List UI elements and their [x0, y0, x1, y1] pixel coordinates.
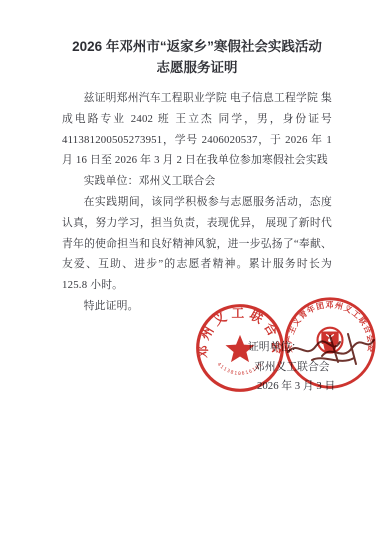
- title-line-2: 志愿服务证明: [62, 57, 332, 78]
- paragraph-evaluation: 在实践期间，该同学积极参与志愿服务活动，态度认真，努力学习，担当负责，表现优异，…: [62, 192, 332, 296]
- star-icon: [226, 335, 255, 362]
- certificate-body: 兹证明郑州汽车工程职业学院 电子信息工程学院 集成电路专业 2402 班 王立杰…: [62, 88, 332, 317]
- certificate-page: 2026 年邓州市“返家乡”寒假社会实践活动 志愿服务证明 兹证明郑州汽车工程职…: [0, 0, 379, 538]
- handwritten-signature: [282, 322, 378, 374]
- seal-code-text: 4113810616105: [216, 362, 264, 377]
- title-line-1: 2026 年邓州市“返家乡”寒假社会实践活动: [72, 39, 322, 54]
- certificate-content: 2026 年邓州市“返家乡”寒假社会实践活动 志愿服务证明 兹证明郑州汽车工程职…: [62, 36, 332, 317]
- paragraph-student-info: 兹证明郑州汽车工程职业学院 电子信息工程学院 集成电路专业 2402 班 王立杰…: [62, 88, 332, 171]
- document-title: 2026 年邓州市“返家乡”寒假社会实践活动 志愿服务证明: [62, 36, 332, 78]
- practice-unit-line: 实践单位：邓州义工联合会: [62, 171, 332, 192]
- left-official-seal: 邓州义工联合会 4113810616105: [193, 301, 287, 395]
